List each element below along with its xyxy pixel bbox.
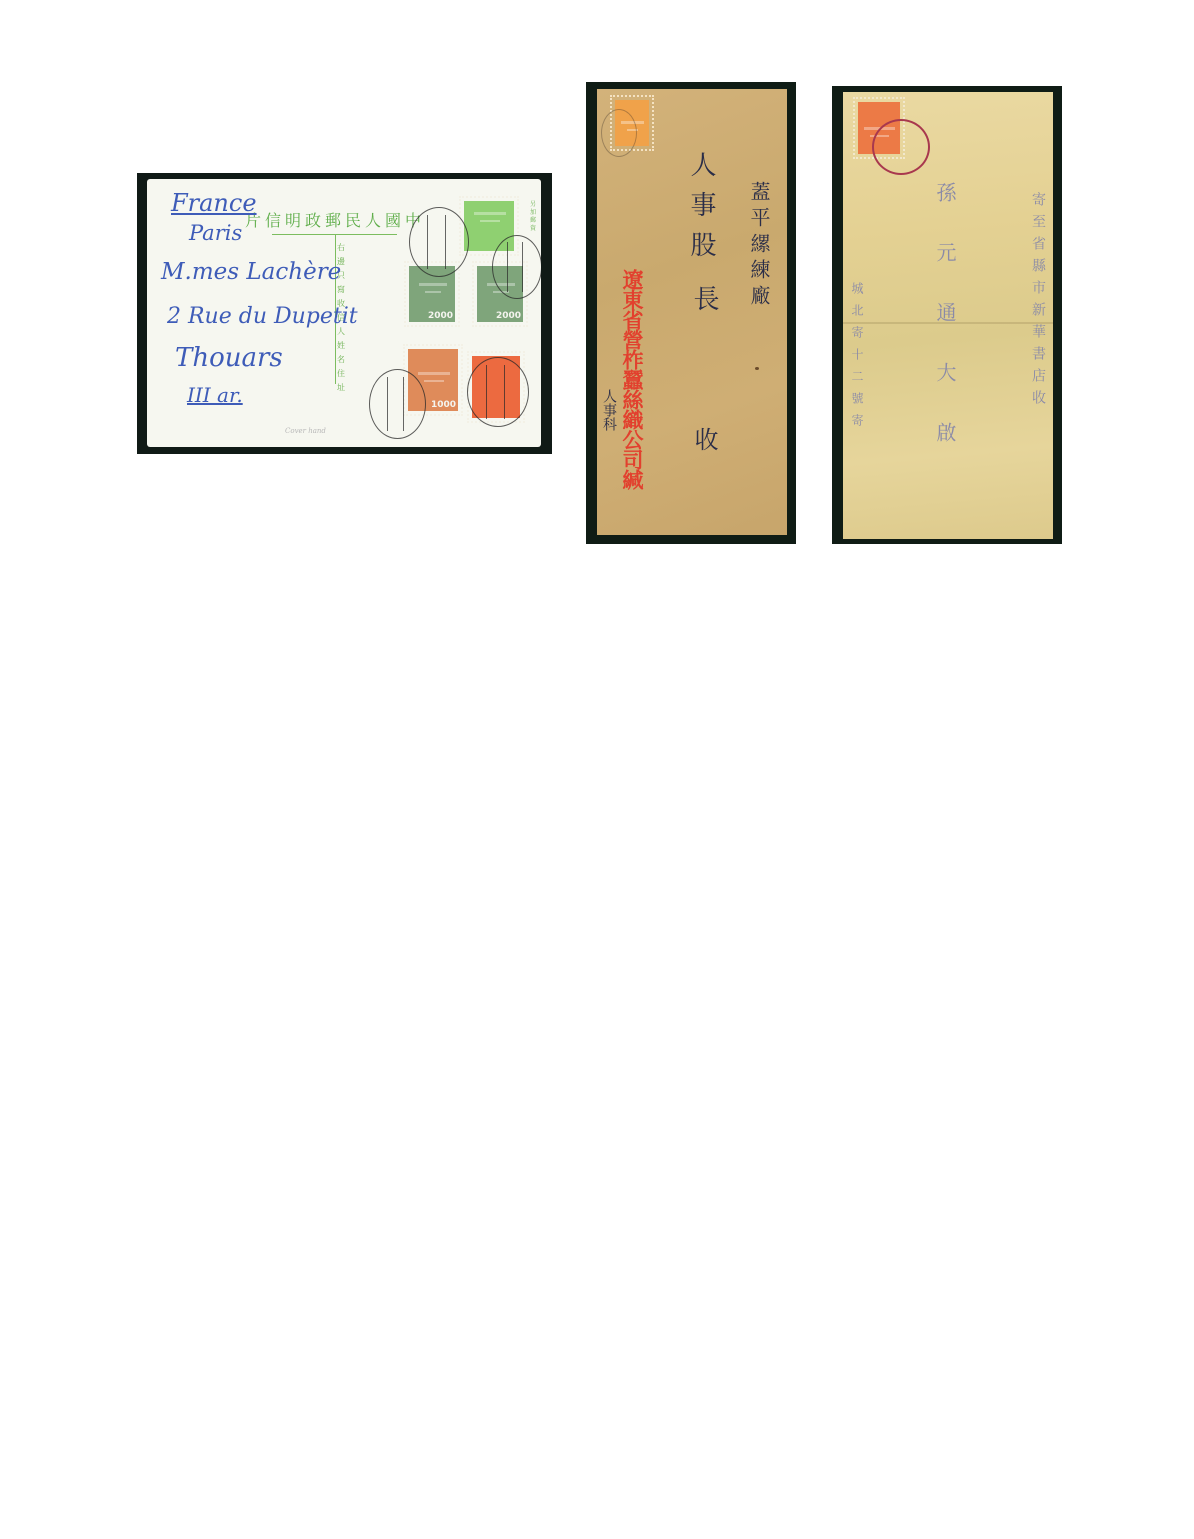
- pencil-note: Cover hand: [285, 427, 326, 435]
- stamp-value: 2000: [496, 311, 521, 321]
- handwritten-name: M.mes Lachère: [161, 259, 341, 285]
- postmark: [601, 109, 637, 157]
- postcard-image: 中國人民郵政明信片 右邊只寫收信人姓名住址 另加郵資 2000 2000 100…: [137, 173, 552, 454]
- faint-addressee-name: 孫元通大啟: [931, 182, 960, 482]
- sender-handwritten-dept: 人事科: [599, 389, 619, 431]
- addressee-factory: 蓋平縲練廠: [745, 181, 774, 311]
- sender-printed-name: 遼東省營柞蠶絲織公司緘: [617, 269, 647, 489]
- ink-spot: [755, 367, 759, 370]
- addressee-department: 人事股: [683, 151, 720, 271]
- handwritten-arrondissement: III ar.: [187, 383, 243, 407]
- envelope-2-image: 寄至省縣市新華書店收 孫元通大啟 城北寄十二號寄: [832, 86, 1062, 544]
- paper-crease: [843, 322, 1053, 324]
- envelope-1-image: 遼東省營柞蠶絲織公司緘 人事科 蓋平縲練廠 人事股 長 收: [586, 82, 796, 544]
- handwritten-city: Paris: [189, 221, 242, 245]
- postmark: [467, 357, 529, 427]
- postmark: [492, 235, 541, 299]
- stamp-value: 2000: [428, 311, 453, 321]
- red-postmark: [872, 119, 930, 175]
- envelope-1: 遼東省營柞蠶絲織公司緘 人事科 蓋平縲練廠 人事股 長 收: [597, 89, 787, 535]
- postmark: [369, 369, 426, 439]
- stamp-value: 1000: [431, 400, 456, 410]
- postcard: 中國人民郵政明信片 右邊只寫收信人姓名住址 另加郵資 2000 2000 100…: [147, 179, 541, 447]
- faint-address-right: 寄至省縣市新華書店收: [1028, 192, 1048, 412]
- handwritten-town: Thouars: [175, 343, 283, 373]
- faint-sender-left: 城北寄十二號寄: [849, 282, 866, 436]
- handwritten-country: France: [171, 189, 257, 217]
- envelope-2: 寄至省縣市新華書店收 孫元通大啟 城北寄十二號寄: [843, 92, 1053, 539]
- postmark: [409, 207, 469, 277]
- handwritten-street: 2 Rue du Dupetit: [167, 304, 358, 329]
- addressee-title: 長: [686, 285, 723, 311]
- postcard-side-text: 另加郵資: [530, 201, 538, 233]
- addressee-receive: 收: [687, 427, 722, 451]
- postcard-printed-title: 中國人民郵政明信片: [245, 208, 425, 231]
